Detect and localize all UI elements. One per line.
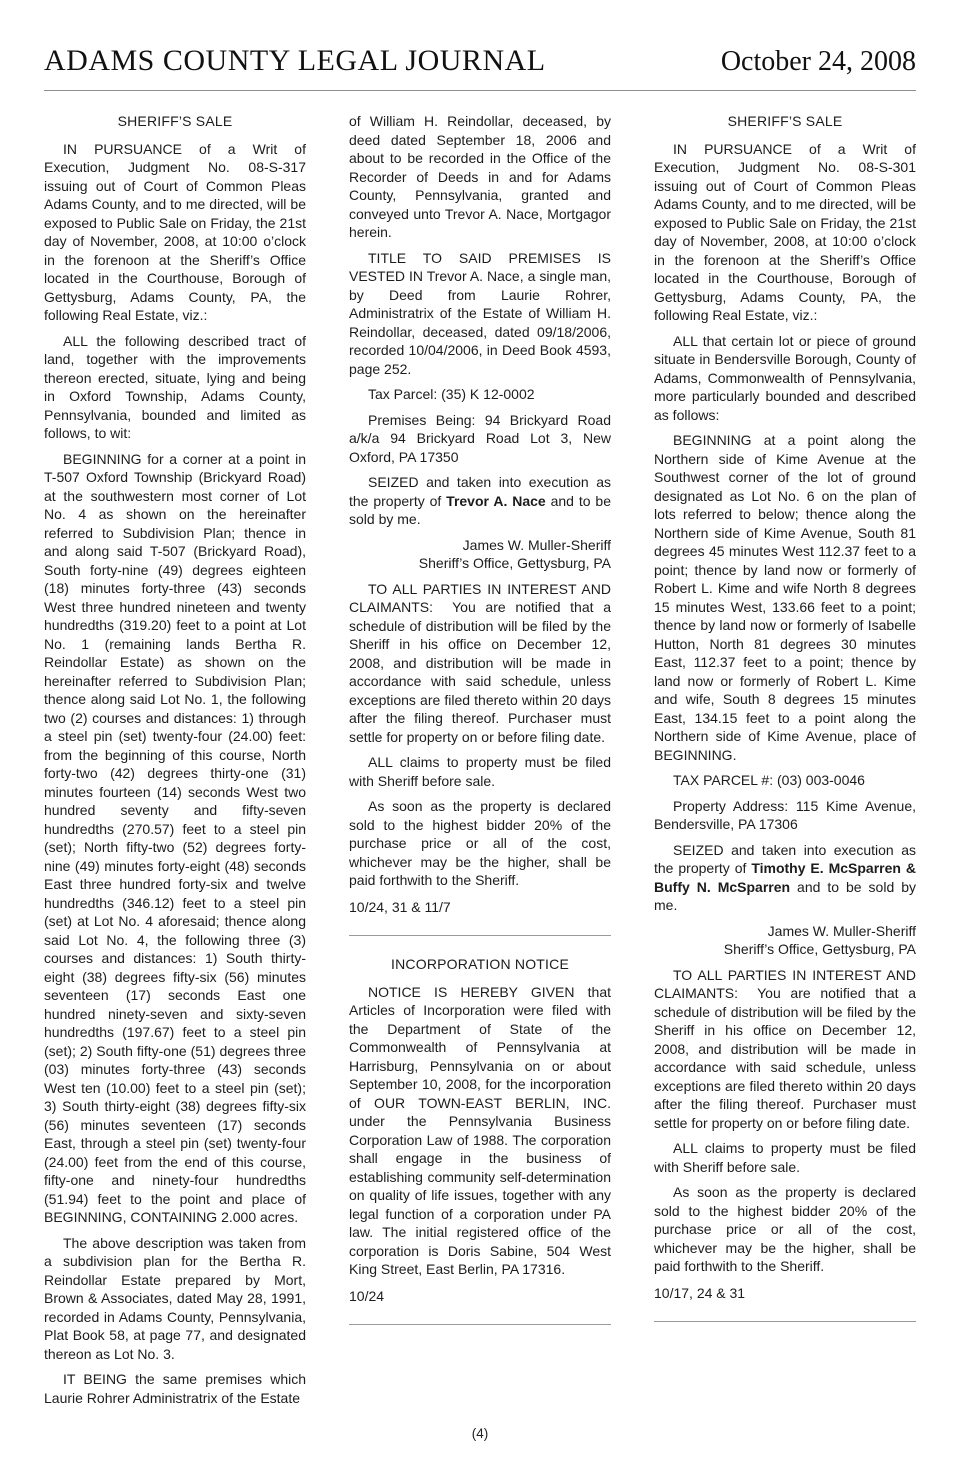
signature-block-1: James W. Muller-Sheriff Sheriff’s Office… (349, 536, 611, 573)
sheriff-name-1: James W. Muller-Sheriff (349, 536, 611, 555)
paragraph-it-being: IT BEING the same premises which Laurie … (44, 1370, 306, 1407)
paragraph-title-vested: TITLE TO SAID PREMISES IS VESTED IN Trev… (349, 249, 611, 379)
sheriff-office-2: Sheriff’s Office, Gettysburg, PA (654, 940, 916, 959)
content-columns: SHERIFF’S SALE IN PURSUANCE of a Writ of… (0, 91, 960, 1407)
section-divider-1 (349, 935, 611, 936)
signature-block-2: James W. Muller-Sheriff Sheriff’s Office… (654, 922, 916, 959)
defendant-name-1: Trevor A. Nace (446, 493, 546, 509)
column-3: SHERIFF’S SALE IN PURSUANCE of a Writ of… (654, 112, 916, 1407)
sheriff-office-1: Sheriff’s Office, Gettysburg, PA (349, 554, 611, 573)
paragraph-to-all-parties-1: TO ALL PARTIES IN INTEREST AND CLAIMANTS… (349, 580, 611, 747)
paragraph-pursuance-1: IN PURSUANCE of a Writ of Execution, Jud… (44, 140, 306, 325)
paragraph-metes-bounds-1: BEGINNING for a corner at a point in T-5… (44, 450, 306, 1227)
section-divider-2 (349, 1324, 611, 1325)
publication-dates-2: 10/24 (349, 1287, 611, 1306)
incorporation-notice-heading: INCORPORATION NOTICE (349, 955, 611, 974)
column-2: of William H. Reindollar, deceased, by d… (349, 112, 611, 1407)
paragraph-seized-1: SEIZED and taken into execution as the p… (349, 473, 611, 529)
paragraph-tract-description: ALL the following described tract of lan… (44, 332, 306, 443)
journal-title: ADAMS COUNTY LEGAL JOURNAL (44, 44, 546, 78)
issue-date: October 24, 2008 (721, 46, 916, 78)
paragraph-all-claims-1: ALL claims to property must be filed wit… (349, 753, 611, 790)
section-divider-3 (654, 1321, 916, 1322)
paragraph-all-claims-2: ALL claims to property must be filed wit… (654, 1139, 916, 1176)
publication-dates-1: 10/24, 31 & 11/7 (349, 898, 611, 917)
paragraph-tax-parcel-2: TAX PARCEL #: (03) 003-0046 (654, 771, 916, 790)
publication-dates-3: 10/17, 24 & 31 (654, 1284, 916, 1303)
sheriff-name-2: James W. Muller-Sheriff (654, 922, 916, 941)
paragraph-property-address: Property Address: 115 Kime Avenue, Bende… (654, 797, 916, 834)
paragraph-pursuance-2: IN PURSUANCE of a Writ of Execution, Jud… (654, 140, 916, 325)
paragraph-metes-bounds-2: BEGINNING at a point along the Northern … (654, 431, 916, 764)
paragraph-continuation: of William H. Reindollar, deceased, by d… (349, 112, 611, 242)
page-number: (4) (0, 1426, 960, 1441)
paragraph-tax-parcel-1: Tax Parcel: (35) K 12-0002 (349, 385, 611, 404)
paragraph-as-soon-1: As soon as the property is declared sold… (349, 797, 611, 890)
paragraph-to-all-parties-2: TO ALL PARTIES IN INTEREST AND CLAIMANTS… (654, 966, 916, 1133)
paragraph-incorporation-body: NOTICE IS HEREBY GIVEN that Articles of … (349, 983, 611, 1279)
paragraph-seized-2: SEIZED and taken into execution as the p… (654, 841, 916, 915)
column-1: SHERIFF’S SALE IN PURSUANCE of a Writ of… (44, 112, 306, 1407)
paragraph-subdivision-plan: The above description was taken from a s… (44, 1234, 306, 1364)
paragraph-premises-being: Premises Being: 94 Brickyard Road a/k/a … (349, 411, 611, 467)
sheriffs-sale-heading-1: SHERIFF’S SALE (44, 112, 306, 131)
paragraph-lot-description: ALL that certain lot or piece of ground … (654, 332, 916, 425)
paragraph-as-soon-2: As soon as the property is declared sold… (654, 1183, 916, 1276)
journal-page: ADAMS COUNTY LEGAL JOURNAL October 24, 2… (0, 0, 960, 1483)
sheriffs-sale-heading-2: SHERIFF’S SALE (654, 112, 916, 131)
page-header: ADAMS COUNTY LEGAL JOURNAL October 24, 2… (44, 0, 916, 91)
